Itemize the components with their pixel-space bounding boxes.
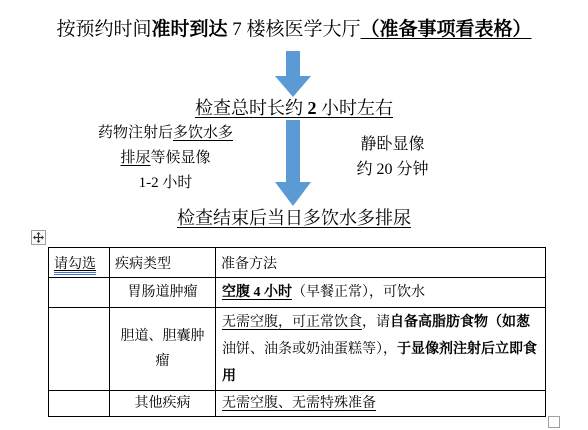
table-header-row: 请勾选 疾病类型 准备方法 [49, 248, 546, 278]
down-arrow-icon [275, 120, 311, 206]
text-segment: 准时到达 [151, 19, 227, 40]
text-segment: 小时左右 [317, 98, 394, 118]
down-arrow-shape [275, 51, 311, 97]
check-header-label: 请勾选 [54, 257, 96, 275]
text-segment: 药物注射后 [98, 125, 173, 141]
text-segment: 约 20 分钟 [356, 161, 428, 178]
column-header-disease: 疾病类型 [110, 248, 216, 278]
table-row: 胃肠道肿瘤 空腹 4 小时（早餐正常），可饮水 [49, 278, 546, 308]
text-segment: 无需空腹，可正常饮食 [222, 315, 362, 330]
text-segment: 按预约时间 [56, 19, 151, 40]
note-line: 1-2 小时 [58, 171, 273, 196]
text-segment: （准备事项看表格） [361, 19, 532, 40]
check-cell[interactable] [49, 278, 110, 308]
text-segment: 检查结束后当日多饮水多排尿 [177, 208, 411, 228]
table-row: 其他疾病 无需空腹、无需特殊准备 [49, 391, 546, 417]
check-cell[interactable] [49, 391, 110, 417]
column-header-check: 请勾选 [49, 248, 110, 278]
text-segment: 空腹 4 小时 [222, 285, 292, 300]
text-segment: 1-2 小时 [139, 175, 193, 191]
text-segment: 检查总时长约 [195, 98, 308, 118]
table-resize-handle[interactable] [548, 416, 560, 428]
text-segment: 等候显像 [151, 150, 211, 166]
disease-cell: 胃肠道肿瘤 [110, 278, 216, 308]
text-segment: 静卧显像 [360, 136, 424, 153]
check-cell[interactable] [49, 308, 110, 391]
table-row: 胆道、胆囊肿瘤 无需空腹，可正常饮食，请自备高脂肪食物（如葱油饼、油条或奶油蛋糕… [49, 308, 546, 391]
text-segment: 油饼、油条或奶油蛋糕等）， [222, 342, 397, 357]
text-segment: 无需空腹、无需特殊准备 [222, 396, 376, 411]
flow-step-after-exam: 检查结束后当日多饮水多排尿 [0, 206, 588, 231]
disease-cell: 其他疾病 [110, 391, 216, 417]
text-segment: 自备高脂肪食物（如葱 [390, 315, 530, 330]
document-page: 按预约时间准时到达 7 楼核医学大厅（准备事项看表格） 检查总时长约 2 小时左… [0, 0, 588, 430]
flow-step-duration: 检查总时长约 2 小时左右 [0, 96, 588, 121]
down-arrow-icon [275, 51, 311, 97]
disease-cell: 胆道、胆囊肿瘤 [110, 308, 216, 391]
text-segment: （早餐正常），可饮水 [292, 285, 425, 300]
move-cross-icon [33, 232, 44, 243]
text-segment: ，请 [362, 315, 390, 330]
prep-cell: 无需空腹，可正常饮食，请自备高脂肪食物（如葱油饼、油条或奶油蛋糕等），于显像剂注… [216, 308, 546, 391]
down-arrow-shape [275, 120, 311, 206]
text-segment: 多饮水多 [173, 125, 233, 141]
note-still-imaging: 静卧显像 约 20 分钟 [325, 132, 460, 182]
column-header-method: 准备方法 [216, 248, 546, 278]
note-line: 药物注射后多饮水多 [58, 121, 273, 146]
text-segment: 排尿 [120, 150, 150, 166]
flow-step-arrival: 按预约时间准时到达 7 楼核医学大厅（准备事项看表格） [0, 16, 588, 43]
note-line: 静卧显像 [325, 132, 460, 157]
note-line: 约 20 分钟 [325, 157, 460, 182]
text-segment: 7 楼核医学大厅 [228, 19, 361, 40]
note-injection-wait: 药物注射后多饮水多 排尿等候显像 1-2 小时 [58, 121, 273, 196]
prep-cell: 无需空腹、无需特殊准备 [216, 391, 546, 417]
table-move-handle[interactable] [31, 230, 46, 245]
note-line: 排尿等候显像 [58, 146, 273, 171]
text-segment: 2 [308, 98, 317, 118]
prep-table: 请勾选 疾病类型 准备方法 胃肠道肿瘤 空腹 4 小时（早餐正常），可饮水 胆道… [48, 247, 546, 417]
prep-cell: 空腹 4 小时（早餐正常），可饮水 [216, 278, 546, 308]
